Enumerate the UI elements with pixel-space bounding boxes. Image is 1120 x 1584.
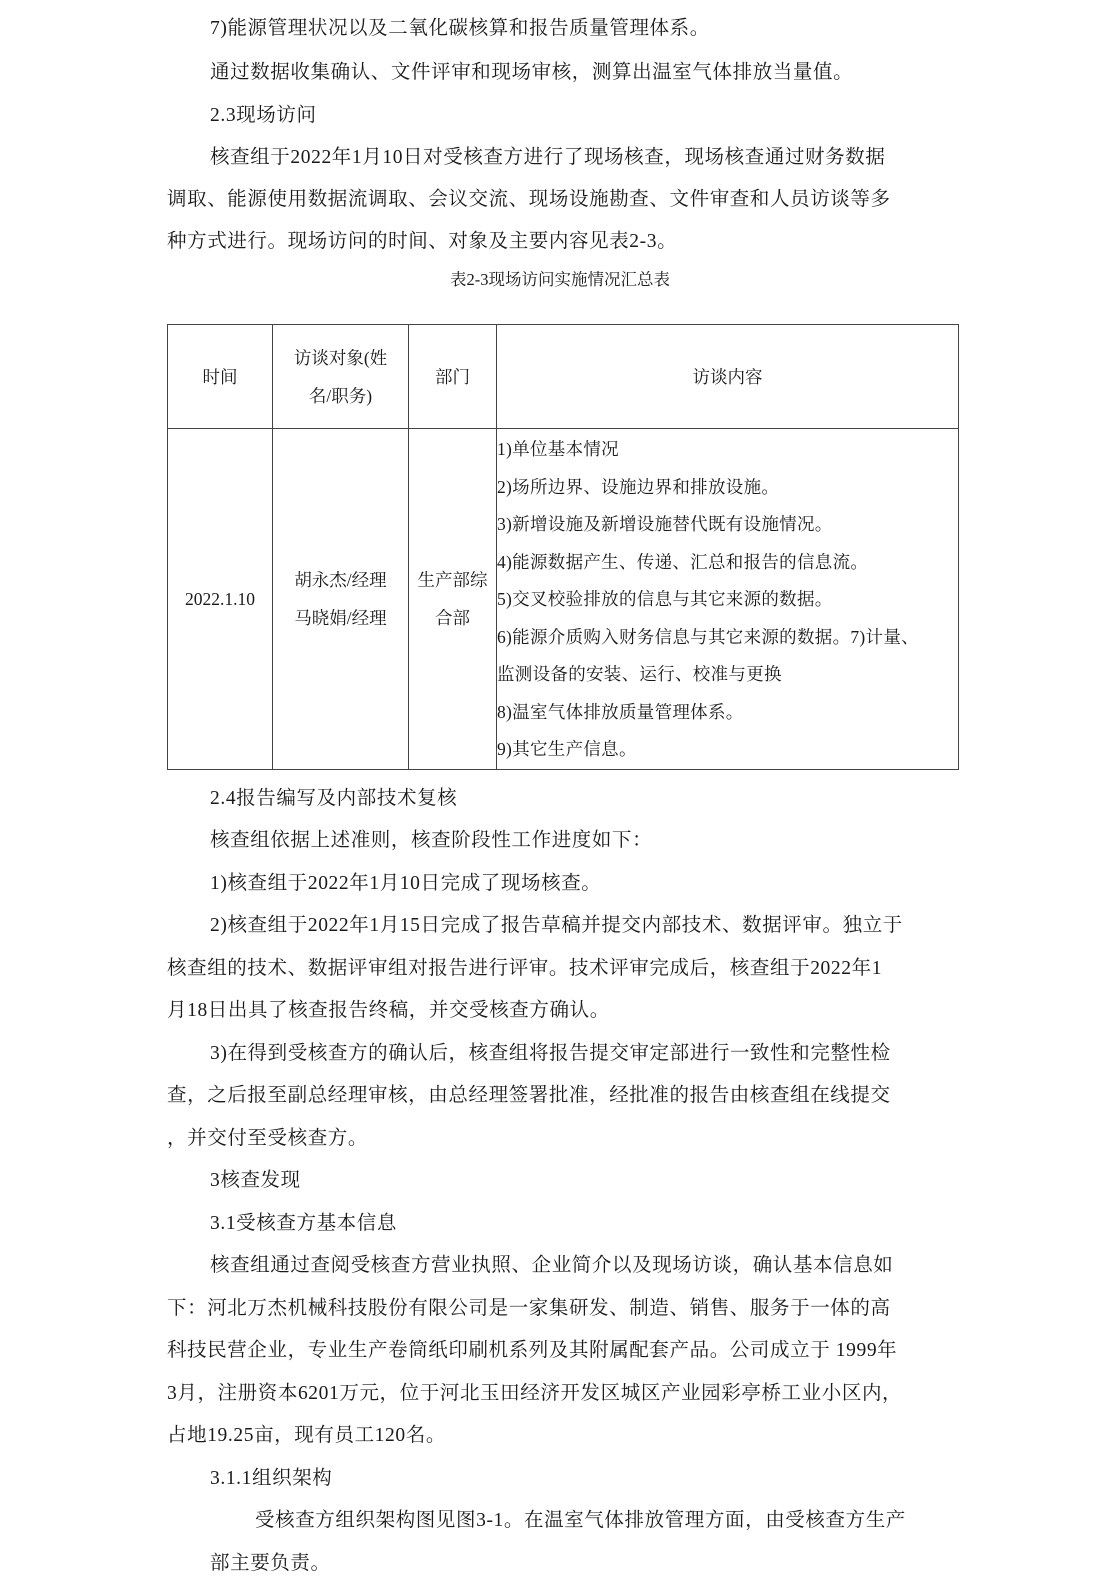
header-content: 访谈内容 xyxy=(497,325,959,429)
interviewee-1: 胡永杰/经理 xyxy=(273,561,408,599)
cell-time-value: 2022.1.10 xyxy=(185,589,255,609)
paragraph-basic-info-line5: 占地19.25亩，现有员工120名。 xyxy=(167,1423,446,1449)
department-line1: 生产部综 xyxy=(409,561,496,599)
header-interviewee: 访谈对象(姓 名/职务) xyxy=(273,325,409,429)
content-item: 5)交叉校验排放的信息与其它来源的数据。 xyxy=(497,581,958,619)
paragraph-progress-2-line2: 核查组的技术、数据评审组对报告进行评审。技术评审完成后，核查组于2022年1 xyxy=(167,956,882,982)
paragraph-progress-1: 1)核查组于2022年1月10日完成了现场核查。 xyxy=(210,871,601,897)
paragraph-emission-calculation: 通过数据收集确认、文件评审和现场审核，测算出温室气体排放当量值。 xyxy=(210,60,853,86)
cell-time: 2022.1.10 xyxy=(168,429,273,770)
content-item: 3)新增设施及新增设施替代既有设施情况。 xyxy=(497,506,958,544)
header-time-label: 时间 xyxy=(203,367,238,387)
department-line2: 合部 xyxy=(409,599,496,637)
paragraph-basic-info-line3: 科技民营企业，专业生产卷筒纸印刷机系列及其附属配套产品。公司成立于 1999年 xyxy=(167,1338,897,1364)
content-item: 监测设备的安装、运行、校准与更换 xyxy=(497,656,958,694)
paragraph-basic-info-line2: 下：河北万杰机械科技股份有限公司是一家集研发、制造、销售、服务于一体的高 xyxy=(167,1296,891,1322)
paragraph-org-structure-line2: 部主要负责。 xyxy=(210,1551,331,1577)
paragraph-org-structure-line1: 受核查方组织架构图见图3-1。在温室气体排放管理方面，由受核查方生产 xyxy=(255,1508,906,1534)
paragraph-progress-intro: 核查组依据上述准则，核查阶段性工作进度如下： xyxy=(210,828,652,854)
table-header-row: 时间 访谈对象(姓 名/职务) 部门 访谈内容 xyxy=(168,325,959,429)
content-item: 8)温室气体排放质量管理体系。 xyxy=(497,694,958,732)
cell-content: 1)单位基本情况 2)场所边界、设施边界和排放设施。 3)新增设施及新增设施替代… xyxy=(497,429,959,770)
cell-department: 生产部综 合部 xyxy=(409,429,497,770)
table-row: 2022.1.10 胡永杰/经理 马晓娟/经理 生产部综 合部 1)单位基本情况… xyxy=(168,429,959,770)
interviewee-2: 马晓娟/经理 xyxy=(273,599,408,637)
header-department: 部门 xyxy=(409,325,497,429)
paragraph-progress-2-line1: 2)核查组于2022年1月15日完成了报告草稿并提交内部技术、数据评审。独立于 xyxy=(210,913,903,939)
content-item: 9)其它生产信息。 xyxy=(497,731,958,769)
paragraph-basic-info-line4: 3月，注册资本6201万元，位于河北玉田经济开发区城区产业园彩亭桥工业小区内， xyxy=(167,1381,902,1407)
header-interviewee-line2: 名/职务) xyxy=(273,377,408,415)
section-heading-2-4: 2.4报告编写及内部技术复核 xyxy=(210,786,457,812)
table-caption: 表2-3现场访问实施情况汇总表 xyxy=(0,269,1120,291)
paragraph-management-system: 7)能源管理状况以及二氧化碳核算和报告质量管理体系。 xyxy=(210,16,710,42)
paragraph-progress-3-line3: ，并交付至受核查方。 xyxy=(167,1126,368,1152)
section-heading-3-1: 3.1受核查方基本信息 xyxy=(210,1211,397,1237)
header-time: 时间 xyxy=(168,325,273,429)
paragraph-progress-2-line3: 月18日出具了核查报告终稿，并交受核查方确认。 xyxy=(167,998,610,1024)
content-item: 2)场所边界、设施边界和排放设施。 xyxy=(497,469,958,507)
cell-interviewee: 胡永杰/经理 马晓娟/经理 xyxy=(273,429,409,770)
header-interviewee-line1: 访谈对象(姓 xyxy=(273,339,408,377)
paragraph-site-visit-line1: 核查组于2022年1月10日对受核查方进行了现场核查，现场核查通过财务数据 xyxy=(210,145,885,171)
header-content-label: 访谈内容 xyxy=(693,367,763,387)
paragraph-progress-3-line2: 查，之后报至副总经理审核，由总经理签署批准，经批准的报告由核查组在线提交 xyxy=(167,1083,891,1109)
section-heading-3: 3核查发现 xyxy=(210,1168,301,1194)
paragraph-site-visit-line2: 调取、能源使用数据流调取、会议交流、现场设施勘查、文件审查和人员访谈等多 xyxy=(167,187,891,213)
site-visit-table: 时间 访谈对象(姓 名/职务) 部门 访谈内容 2022.1.10 胡永杰/经理… xyxy=(167,324,959,770)
content-item: 6)能源介质购入财务信息与其它来源的数据。7)计量、 xyxy=(497,619,958,657)
content-item: 1)单位基本情况 xyxy=(497,431,958,469)
paragraph-basic-info-line1: 核查组通过查阅受核查方营业执照、企业简介以及现场访谈，确认基本信息如 xyxy=(210,1253,893,1279)
section-heading-3-1-1: 3.1.1组织架构 xyxy=(210,1466,332,1492)
header-department-label: 部门 xyxy=(435,367,470,387)
content-item: 4)能源数据产生、传递、汇总和报告的信息流。 xyxy=(497,544,958,582)
section-heading-2-3: 2.3现场访问 xyxy=(210,103,317,129)
paragraph-progress-3-line1: 3)在得到受核查方的确认后，核查组将报告提交审定部进行一致性和完整性检 xyxy=(210,1041,891,1067)
paragraph-site-visit-line3: 种方式进行。现场访问的时间、对象及主要内容见表2-3。 xyxy=(167,229,677,255)
